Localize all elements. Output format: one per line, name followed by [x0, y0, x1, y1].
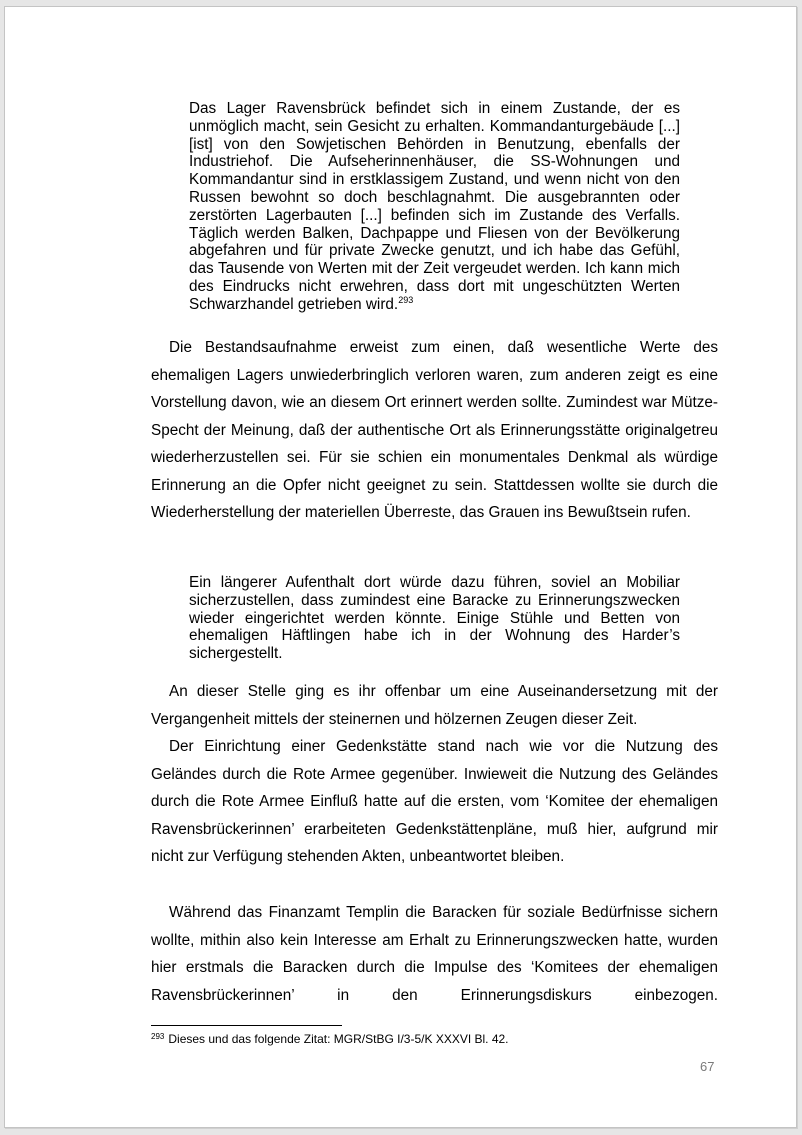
paragraph-1: Die Bestandsaufnahme erweist zum einen, …	[151, 334, 718, 527]
paragraph-4-text: Während das Finanzamt Templin die Barack…	[151, 899, 718, 1009]
paragraph-2-text: An dieser Stelle ging es ihr offenbar um…	[151, 678, 718, 733]
paragraph-3-text: Der Einrichtung einer Gedenkstätte stand…	[151, 733, 718, 871]
footnote-reference[interactable]: 293	[398, 295, 413, 305]
quote-1-text: Das Lager Ravensbrück befindet sich in e…	[189, 100, 680, 314]
footnote-separator	[151, 1025, 342, 1026]
block-quote-2: Ein längerer Aufenthalt dort würde dazu …	[189, 574, 680, 663]
paragraph-1-text: Die Bestandsaufnahme erweist zum einen, …	[151, 334, 718, 527]
footnote-text: Dieses und das folgende Zitat: MGR/StBG …	[168, 1032, 508, 1046]
page-number: 67	[700, 1059, 714, 1074]
footnote: 293Dieses und das folgende Zitat: MGR/St…	[151, 1032, 509, 1046]
block-quote-1: Das Lager Ravensbrück befindet sich in e…	[189, 100, 680, 314]
paragraph-3: Der Einrichtung einer Gedenkstätte stand…	[151, 733, 718, 871]
quote-1-body: Das Lager Ravensbrück befindet sich in e…	[189, 100, 680, 313]
footnote-number: 293	[151, 1032, 164, 1041]
quote-2-text: Ein längerer Aufenthalt dort würde dazu …	[189, 574, 680, 663]
paragraph-2: An dieser Stelle ging es ihr offenbar um…	[151, 678, 718, 733]
paragraph-4: Während das Finanzamt Templin die Barack…	[151, 899, 718, 1009]
